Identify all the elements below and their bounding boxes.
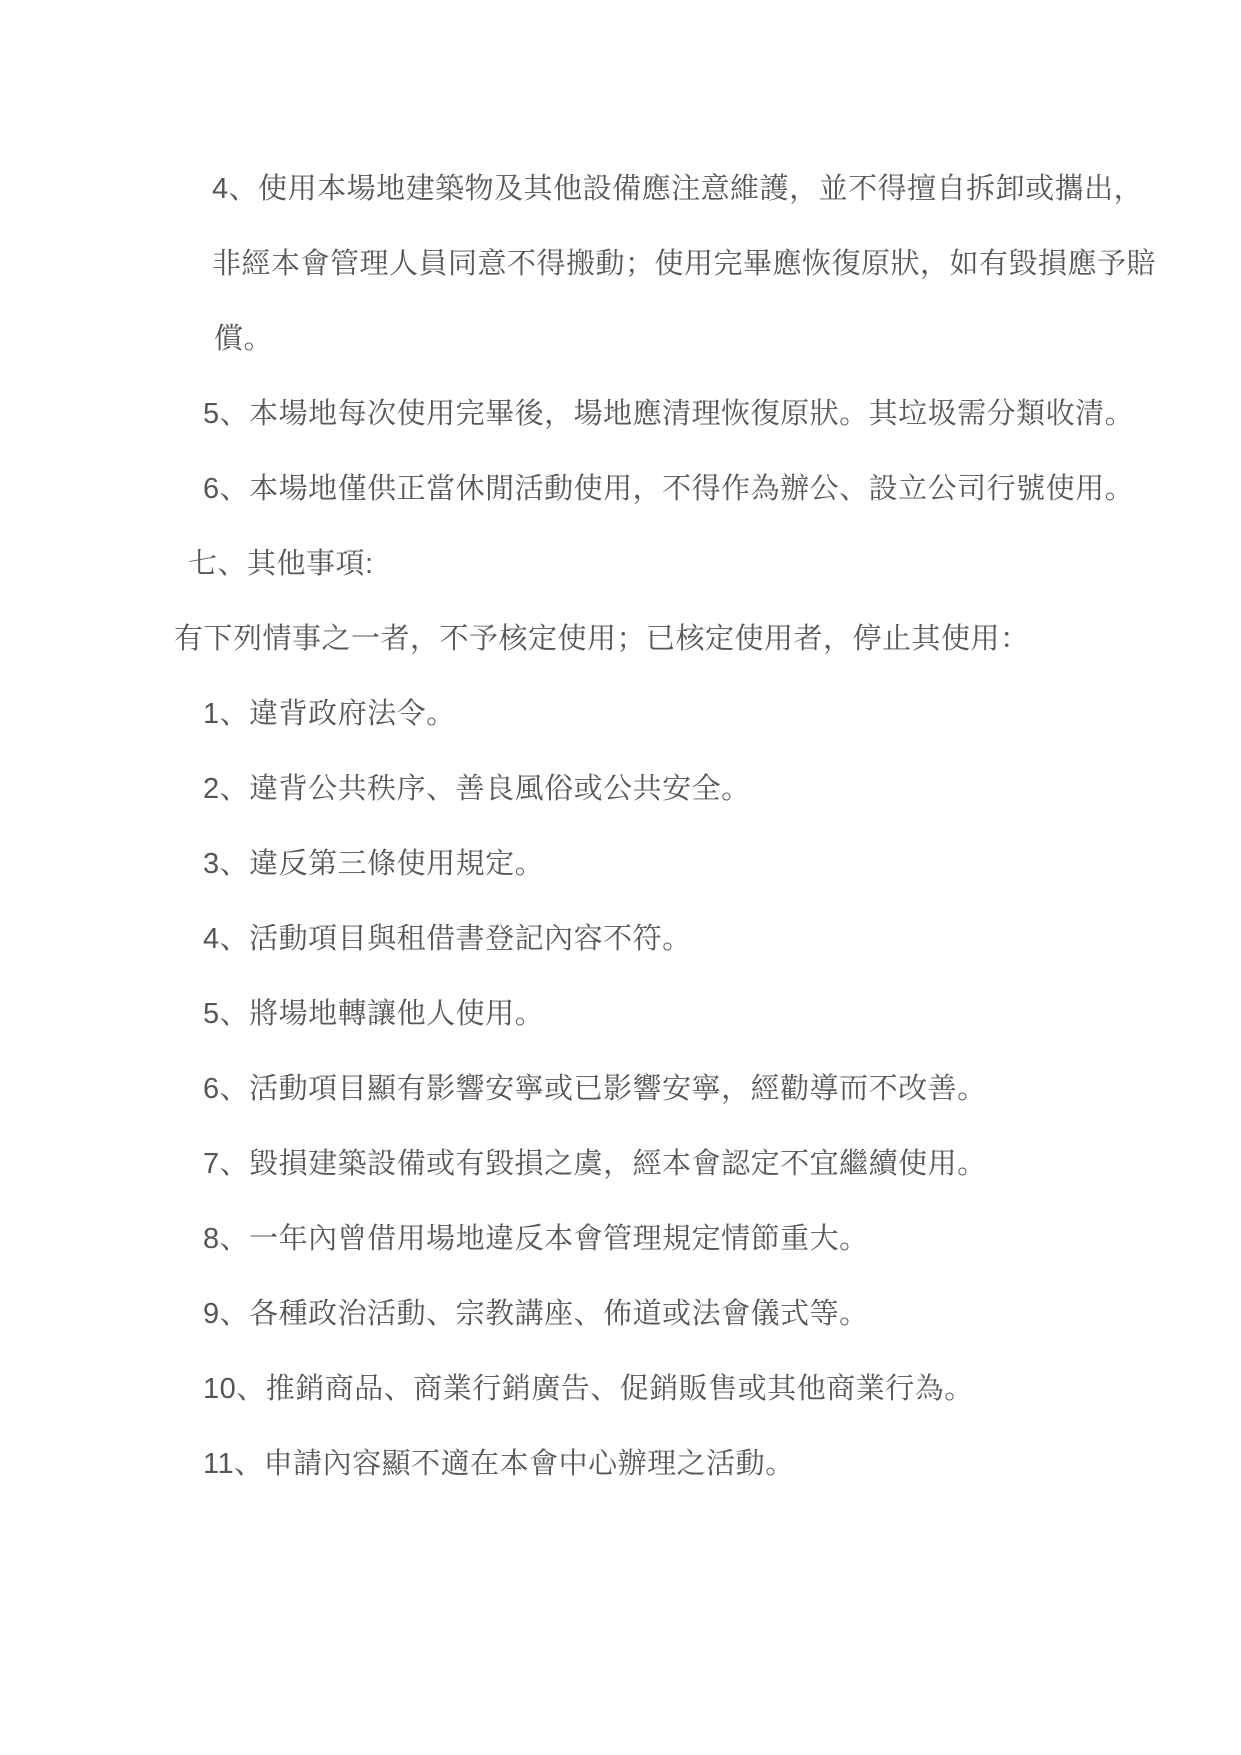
document-line: 4、活動項目與租借書登記內容不符。 (203, 902, 1241, 977)
document-line: 4、使用本場地建築物及其他設備應注意維護，並不得擅自拆卸或攜出， (212, 152, 1241, 227)
document-line: 償。 (214, 302, 1241, 377)
document-line: 6、活動項目顯有影響安寧或已影響安寧，經勸導而不改善。 (203, 1052, 1241, 1127)
document-line: 7、毀損建築設備或有毀損之虞，經本會認定不宜繼續使用。 (203, 1127, 1241, 1202)
document-line: 8、一年內曾借用場地違反本會管理規定情節重大。 (203, 1202, 1241, 1277)
document-line: 10、推銷商品、商業行銷廣告、促銷販售或其他商業行為。 (203, 1352, 1241, 1427)
document-line: 11、申請內容顯不適在本會中心辦理之活動。 (203, 1427, 1241, 1502)
document-line: 3、違反第三條使用規定。 (203, 827, 1241, 902)
document-line: 非經本會管理人員同意不得搬動；使用完畢應恢復原狀，如有毀損應予賠 (212, 227, 1241, 302)
document-line: 七、其他事項: (188, 527, 1241, 602)
document-line: 5、本場地每次使用完畢後，場地應清理恢復原狀。其垃圾需分類收清。 (203, 377, 1241, 452)
document-line: 1、違背政府法令。 (203, 677, 1241, 752)
document-body: 4、使用本場地建築物及其他設備應注意維護，並不得擅自拆卸或攜出，非經本會管理人員… (0, 152, 1241, 1502)
document-line: 9、各種政治活動、宗教講座、佈道或法會儀式等。 (203, 1277, 1241, 1352)
document-line: 有下列情事之一者，不予核定使用；已核定使用者，停止其使用： (174, 602, 1241, 677)
document-line: 6、本場地僅供正當休閒活動使用，不得作為辦公、設立公司行號使用。 (203, 452, 1241, 527)
document-page: 4、使用本場地建築物及其他設備應注意維護，並不得擅自拆卸或攜出，非經本會管理人員… (0, 0, 1241, 1755)
document-line: 2、違背公共秩序、善良風俗或公共安全。 (203, 752, 1241, 827)
document-line: 5、將場地轉讓他人使用。 (203, 977, 1241, 1052)
